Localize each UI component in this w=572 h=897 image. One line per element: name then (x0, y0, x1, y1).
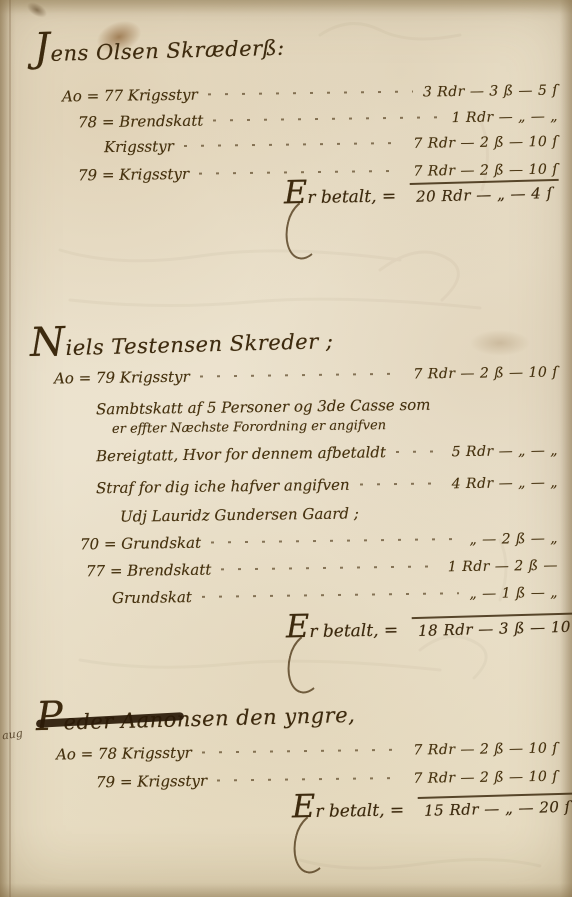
binding-crease (9, 0, 11, 897)
total-amount: 18 Rdr — 3 ß — 10 ſ (412, 612, 572, 640)
entry-name: Jens Olsen Skræderß: (34, 33, 285, 67)
page-edge-right (560, 0, 572, 897)
line-label: Ao = 78 Krigsstyr (56, 744, 192, 764)
ledger-line: Straf for dig iche hafver angifven 4 Rdr… (96, 473, 558, 497)
line-amount: 7 Rdr — 2 ß — 10 ſ (413, 740, 558, 758)
corner-smudge (24, 0, 49, 21)
ledger-line: Ao = 79 Krigsstyr 7 Rdr — 2 ß — 10 ſ (54, 362, 558, 387)
line-amount: „ — 1 ß — „ (469, 585, 558, 602)
line-amount: 3 Rdr — 3 ß — 5 ſ (423, 83, 558, 101)
line-amount: 7 Rdr — 2 ß — 10 ſ (413, 162, 558, 180)
line-label: Udj Lauridz Gundersen Gaard ; (120, 504, 359, 525)
page-edge-bottom (0, 883, 572, 897)
ledger-line: er effter Næchste Forordning er angifven (112, 418, 386, 437)
entry-total: Er betalt, = 20 Rdr — „ — 4 ſ (284, 180, 558, 209)
marginal-scribble: aug (1, 727, 23, 743)
ledger-line: 77 = Brendskatt 1 Rdr — 2 ß — (86, 556, 558, 581)
ledger-line: Grundskat „ — 1 ß — „ (112, 583, 558, 607)
line-label: Straf for dig iche hafver angifven (96, 476, 350, 498)
dot-leader (360, 482, 442, 485)
dot-leader (211, 538, 459, 543)
entry-total: Er betalt, = 15 Rdr — „ — 20 ſ (292, 794, 558, 823)
ledger-line: Udj Lauridz Gundersen Gaard ; (120, 504, 359, 525)
total-amount: 15 Rdr — „ — 20 ſ (418, 793, 572, 820)
paper-blemish (470, 330, 530, 356)
ledger-line: 70 = Grundskat „ — 2 ß — „ (80, 529, 558, 554)
ledger-line: 79 = Krigsstyr 7 Rdr — 2 ß — 10 ſ (96, 767, 558, 791)
line-label: Krigsstyr (104, 137, 174, 156)
dot-leader (396, 450, 442, 453)
dot-leader (202, 749, 404, 754)
line-label: Ao = 77 Krigsstyr (62, 86, 198, 106)
ledger-line: Bereigtatt, Hvor for dennem afbetaldt 5 … (96, 441, 558, 465)
line-label: 79 = Krigsstyr (78, 165, 189, 185)
dot-leader (217, 777, 403, 782)
line-amount: 1 Rdr — „ — „ (452, 109, 559, 126)
line-label: Sambtskatt af 5 Personer og 3de Casse so… (96, 396, 431, 419)
line-label: er effter Næchste Forordning er angifven (112, 418, 386, 437)
total-amount: 20 Rdr — „ — 4 ſ (410, 179, 559, 206)
page-gutter-shading (0, 0, 16, 897)
ledger-line: Sambtskatt af 5 Personer og 3de Casse so… (96, 396, 431, 419)
line-label: 70 = Grundskat (80, 534, 201, 554)
ledger-line: Ao = 77 Krigsstyr 3 Rdr — 3 ß — 5 ſ (62, 81, 558, 106)
dot-leader (200, 373, 404, 378)
entry-total: Er betalt, = 18 Rdr — 3 ß — 10 ſ (286, 614, 558, 643)
ledger-line: Ao = 78 Krigsstyr 7 Rdr — 2 ß — 10 ſ (56, 738, 558, 763)
manuscript-page: Jens Olsen Skræderß: Ao = 77 Krigsstyr 3… (0, 0, 572, 897)
line-label: 77 = Brendskatt (86, 561, 212, 581)
line-amount: 7 Rdr — 2 ß — 10 ſ (413, 134, 558, 152)
line-amount: 5 Rdr — „ — „ (452, 443, 559, 460)
ledger-line: 78 = Brendskatt 1 Rdr — „ — „ (78, 107, 558, 132)
dot-leader (221, 565, 438, 570)
line-label: Grundskat (112, 588, 192, 607)
line-label: Bereigtatt, Hvor for dennem afbetaldt (96, 443, 386, 465)
entry-name: Niels Testensen Skreder ; (30, 326, 334, 361)
line-label: Ao = 79 Krigsstyr (54, 368, 190, 388)
line-amount: 1 Rdr — 2 ß — (448, 558, 558, 576)
line-label: 79 = Krigsstyr (96, 772, 207, 792)
total-label: Er betalt, = (286, 619, 398, 642)
dot-leader (208, 91, 413, 96)
dot-leader (213, 116, 441, 121)
ledger-line: Krigsstyr 7 Rdr — 2 ß — 10 ſ (104, 132, 558, 156)
total-label: Er betalt, = (284, 185, 396, 208)
total-label: Er betalt, = (292, 799, 404, 822)
line-amount: 7 Rdr — 2 ß — 10 ſ (413, 364, 558, 382)
line-amount: 7 Rdr — 2 ß — 10 ſ (413, 769, 558, 787)
dot-leader (184, 142, 404, 147)
dot-leader (202, 592, 460, 598)
line-amount: 4 Rdr — „ — „ (452, 475, 559, 492)
line-amount: „ — 2 ß — „ (469, 531, 558, 548)
line-label: 78 = Brendskatt (78, 112, 204, 132)
